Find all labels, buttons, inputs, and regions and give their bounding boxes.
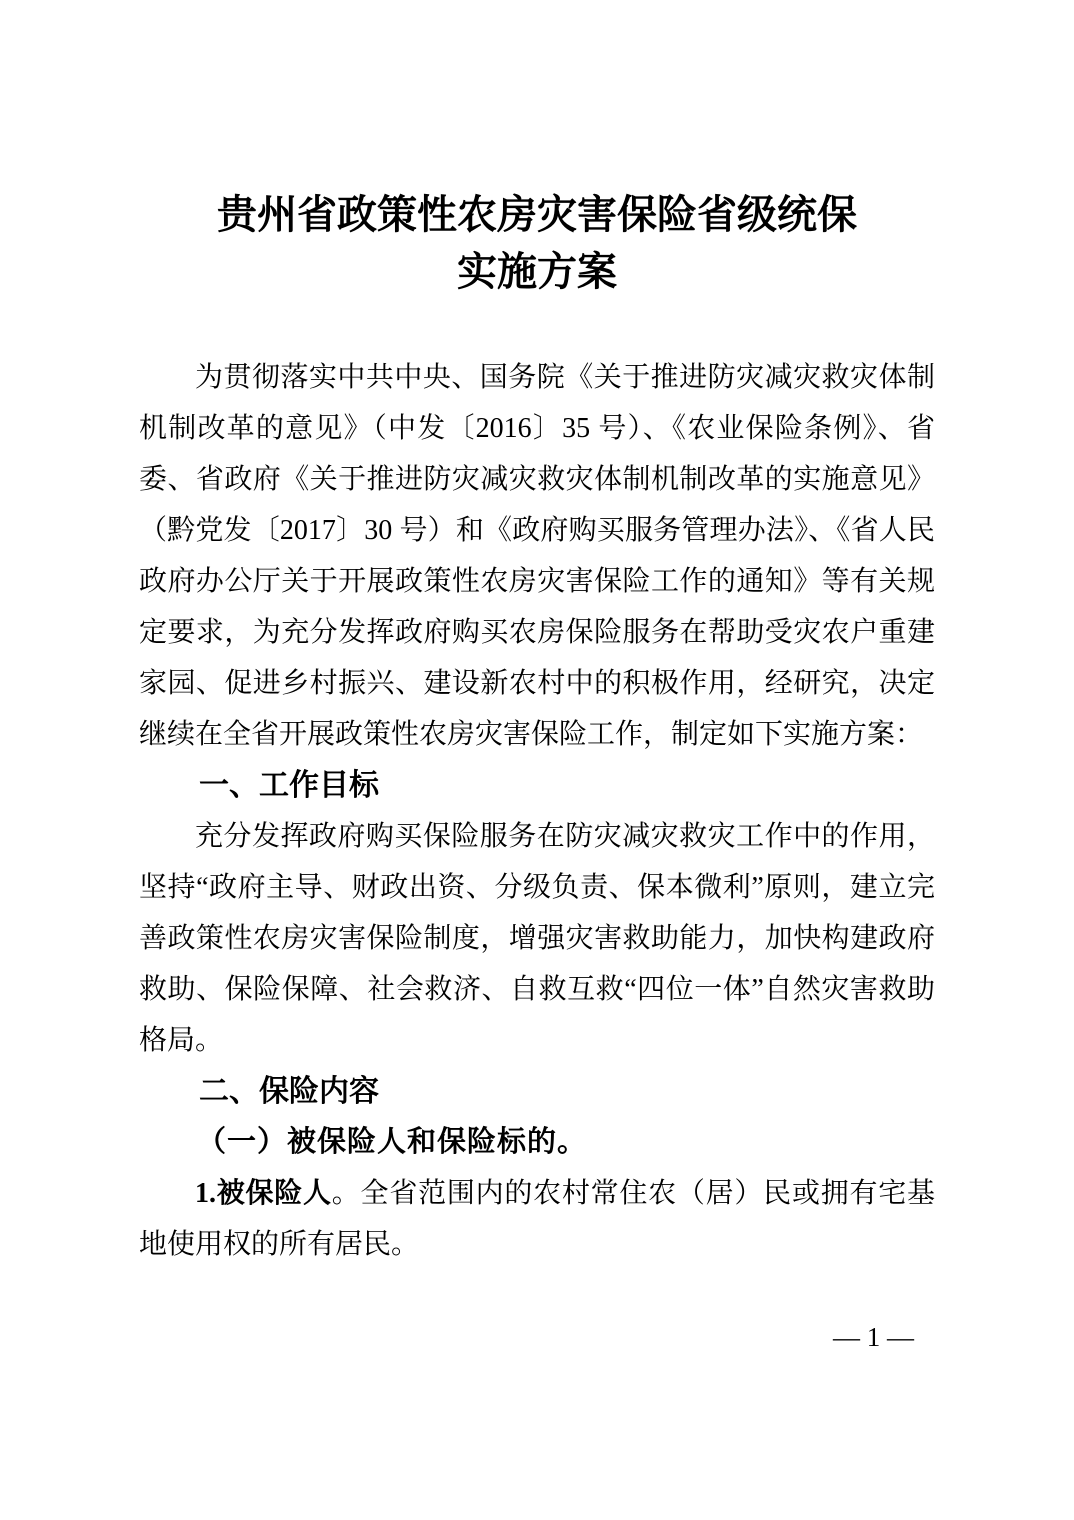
document-page: 贵州省政策性农房灾害保险省级统保 实施方案 为贯彻落实中共中央、国务院《关于推进… xyxy=(0,0,1074,1520)
page-number: — 1 — xyxy=(833,1322,914,1352)
document-title-line-2: 实施方案 xyxy=(139,243,935,300)
item-1-label: 1.被保险人 xyxy=(195,1178,332,1209)
section-1-paragraph: 充分发挥政府购买保险服务在防灾减灾救灾工作中的作用，坚持“政府主导、财政出资、分… xyxy=(139,811,935,1066)
document-title: 贵州省政策性农房灾害保险省级统保 实施方案 xyxy=(139,186,935,300)
section-2-sub-heading: （一）被保险人和保险标的。 xyxy=(139,1117,935,1168)
intro-paragraph: 为贯彻落实中共中央、国务院《关于推进防灾减灾救灾体制机制改革的意见》（中发〔20… xyxy=(139,352,935,760)
section-2-heading: 二、保险内容 xyxy=(139,1066,935,1117)
section-1-heading: 一、工作目标 xyxy=(139,760,935,811)
document-title-line-1: 贵州省政策性农房灾害保险省级统保 xyxy=(139,186,935,243)
item-1-paragraph: 1.被保险人。全省范围内的农村常住农（居）民或拥有宅基地使用权的所有居民。 xyxy=(139,1168,935,1270)
